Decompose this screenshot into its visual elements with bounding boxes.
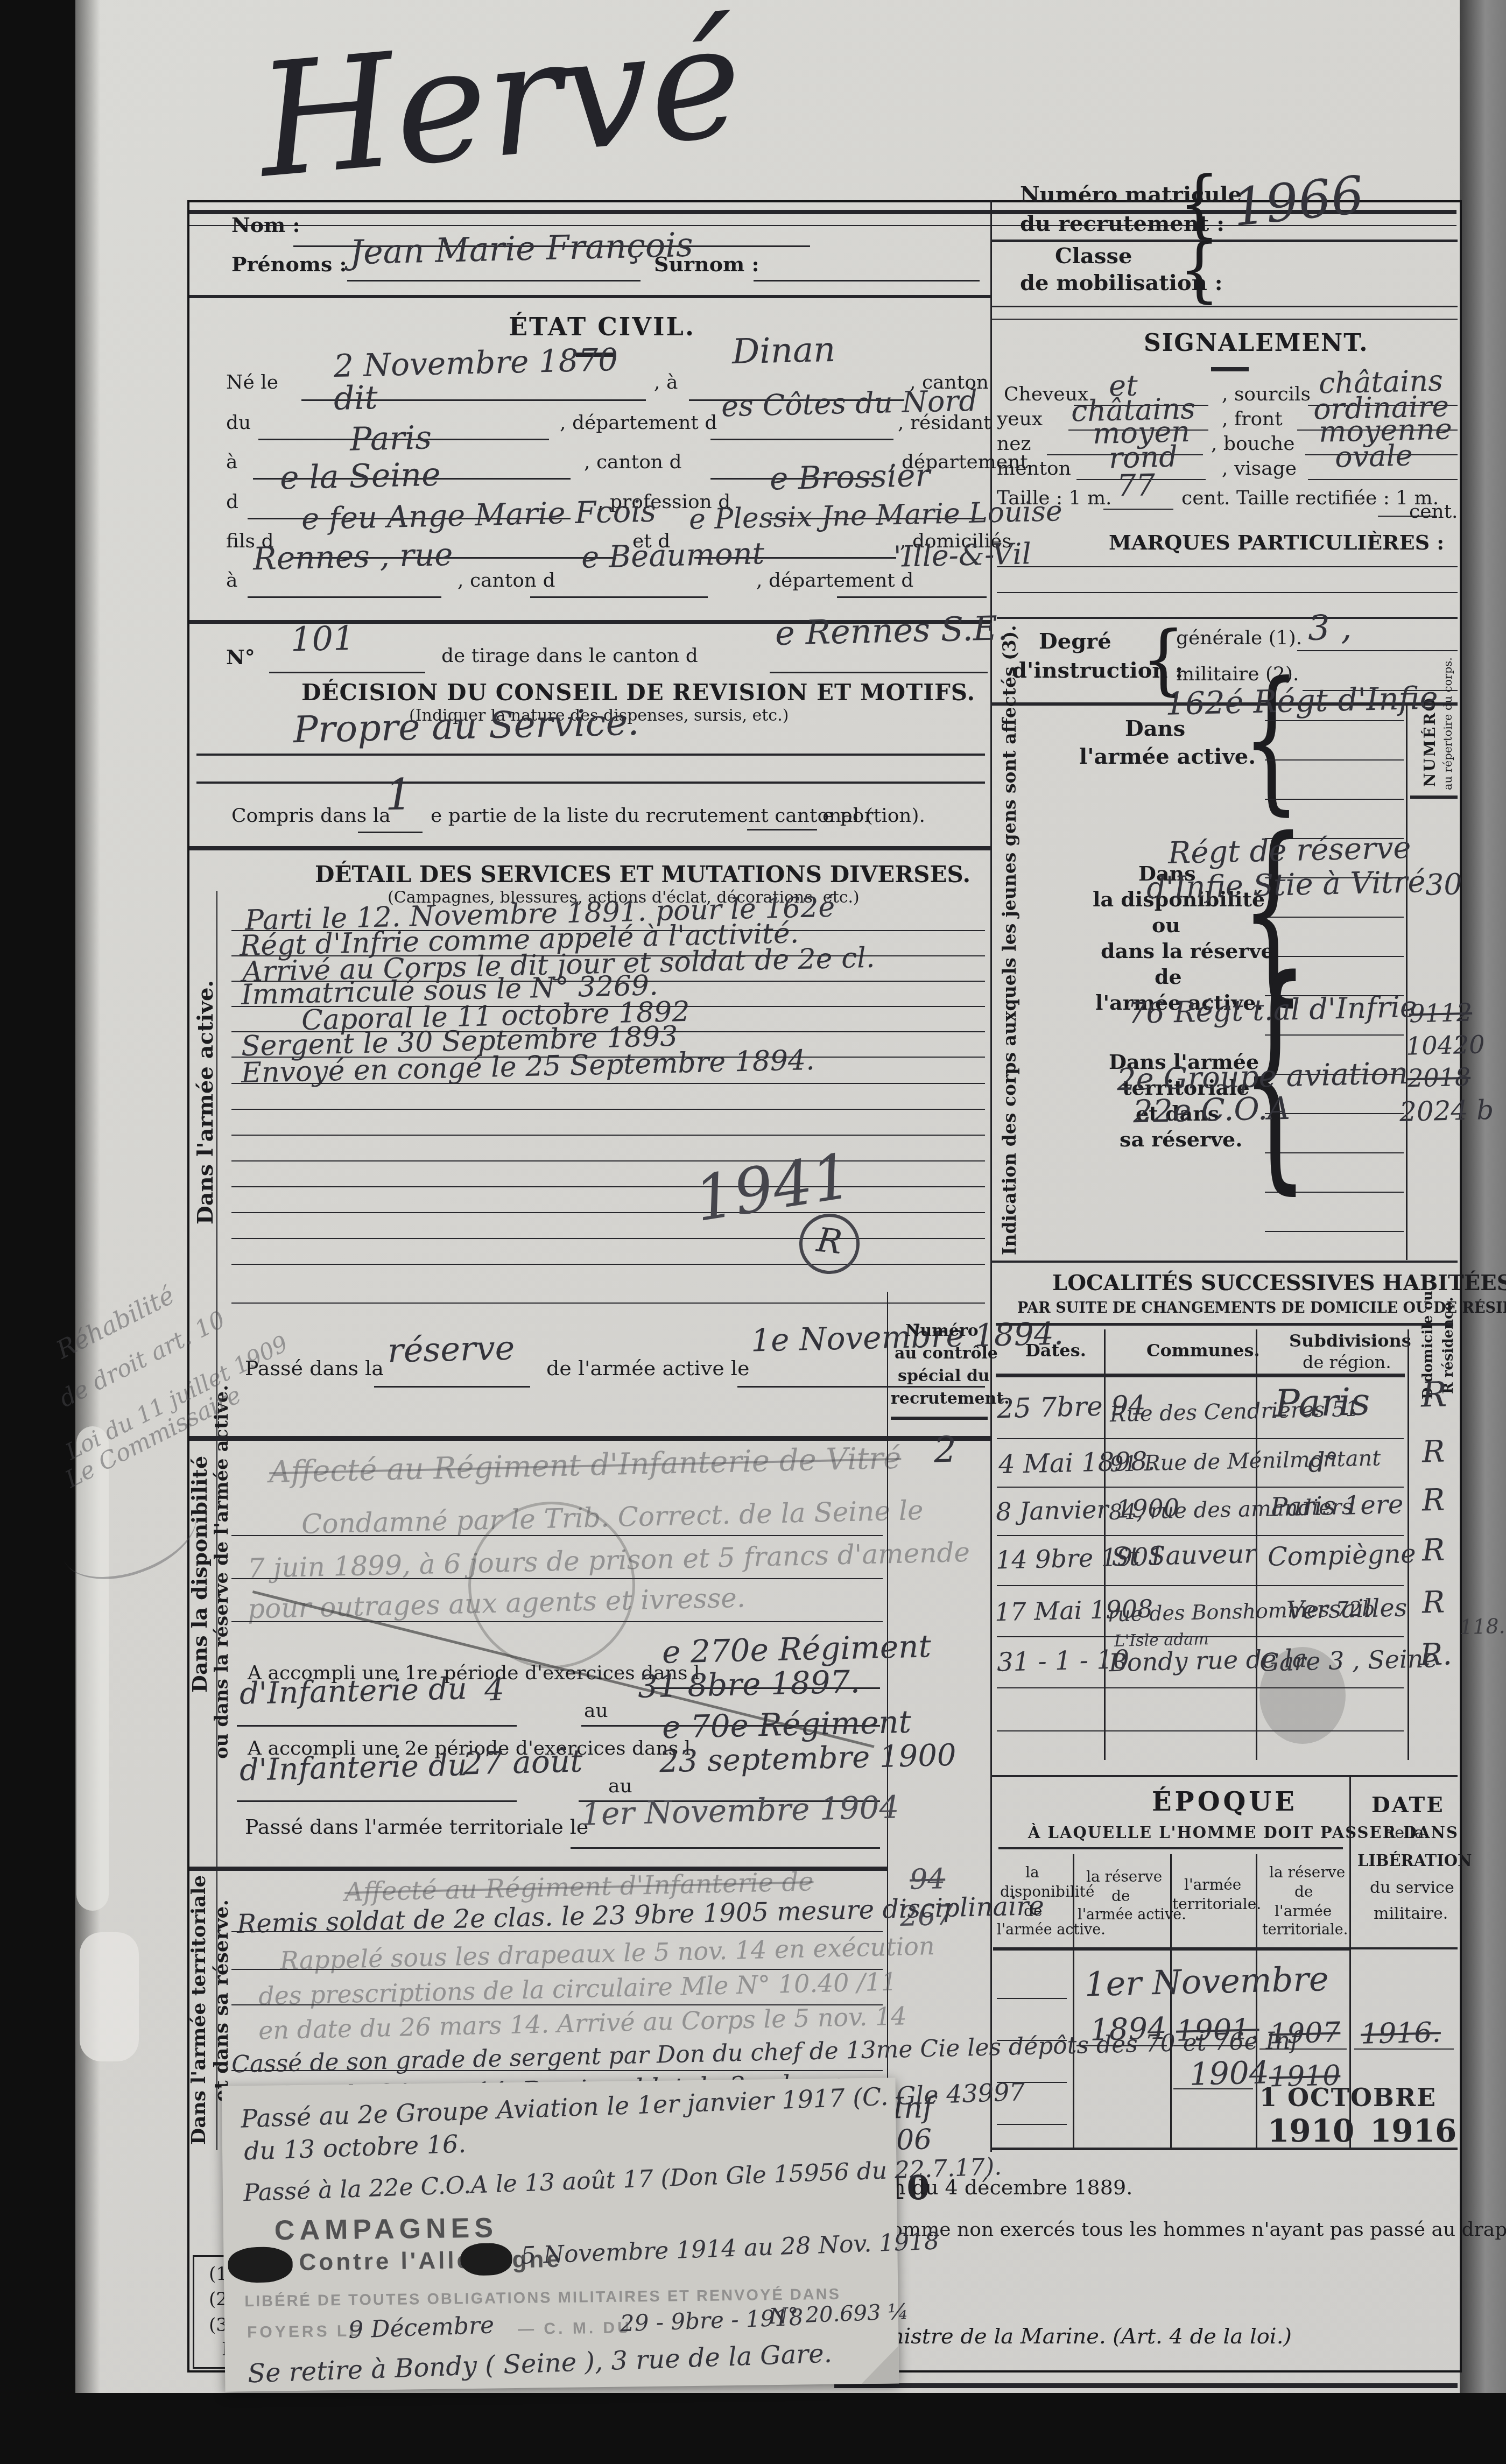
stamp-1910: 1910 bbox=[1268, 2113, 1354, 2149]
periode2-line2-label: d'Infanterie du bbox=[239, 1748, 467, 1788]
ep-rule bbox=[997, 2124, 1067, 2125]
decision-line2 bbox=[196, 782, 985, 784]
prenoms-underline bbox=[347, 280, 641, 281]
military-register-scan: Hervé Nom : Prénoms : Jean Marie Françoi… bbox=[0, 0, 1506, 2464]
epoque-terrres-struck1: 1907 bbox=[1269, 2017, 1341, 2051]
periode2-du: 27 août bbox=[462, 1742, 583, 1782]
loc-row-dr: R bbox=[1421, 1434, 1445, 1470]
controle-label-2: spécial du bbox=[898, 1367, 990, 1385]
periode1-au: 31 8bre 1897. bbox=[637, 1663, 860, 1705]
epoque-col1-1: disponibilité bbox=[1000, 1883, 1095, 1900]
col-dates-label: Dates. bbox=[1025, 1340, 1086, 1361]
libere-date: 9 Décembre bbox=[348, 2311, 495, 2343]
dispo-numero: 30 bbox=[1425, 867, 1462, 902]
corps-rule bbox=[1265, 720, 1404, 721]
ec-line2b bbox=[710, 439, 893, 440]
svc-rule bbox=[231, 1264, 985, 1265]
loc-row-subdivision: Paris bbox=[1274, 1379, 1370, 1426]
yeux-label: yeux bbox=[997, 408, 1043, 430]
classe-brace: { bbox=[1179, 229, 1220, 311]
epoque-col1-2: de bbox=[1024, 1902, 1043, 1920]
date-col-1: de la bbox=[1384, 1824, 1424, 1842]
periode1-line2-label: d'Infanterie du bbox=[239, 1671, 467, 1712]
taille-line bbox=[1103, 509, 1173, 510]
epoque-col2-2: l'armée active. bbox=[1078, 1906, 1186, 1923]
libere-cm-label: — C. M. DU bbox=[518, 2319, 632, 2339]
ep-rule bbox=[997, 2040, 1067, 2041]
col-subdiv-label2: de région. bbox=[1303, 1352, 1391, 1372]
decision-value: Propre au Service. bbox=[293, 701, 639, 752]
ec-line6b bbox=[530, 596, 708, 598]
svc-rule bbox=[231, 1160, 985, 1161]
localites-ornament-rule bbox=[996, 1323, 1453, 1326]
footnote-ministre: Ministre de la Marine. (Art. 4 de la loi… bbox=[861, 2324, 1292, 2349]
passe-terr-value: 1er Novembre 1904 bbox=[581, 1789, 899, 1832]
localites-header-rule bbox=[996, 1374, 1405, 1377]
corps-rotated-label: Indication des corps auxquels les jeunes… bbox=[999, 625, 1020, 1255]
generale-value: 3 , bbox=[1307, 608, 1352, 649]
classe-rule2 bbox=[990, 319, 1458, 320]
classe-rule1 bbox=[990, 306, 1458, 307]
terr-num2: 10420 bbox=[1405, 1030, 1485, 1060]
redaction-blob bbox=[460, 2243, 512, 2276]
ec-line6c bbox=[837, 596, 987, 598]
dispo-value-line2: d'Infie Stie à Vitré bbox=[1146, 864, 1426, 906]
date-col-4: militaire. bbox=[1374, 1904, 1448, 1923]
loc-row-subdivision: Paris 1ere bbox=[1270, 1489, 1403, 1523]
dispo-label-2: ou bbox=[1152, 913, 1180, 937]
compris-mid: e partie de la liste du recrutement cant… bbox=[431, 805, 873, 827]
res-rule bbox=[231, 1303, 985, 1304]
visage-value: ovale bbox=[1334, 438, 1413, 474]
loc-row-dr: R bbox=[1421, 1533, 1445, 1568]
terr-rule bbox=[231, 1931, 883, 1932]
surnom-label: Surnom : bbox=[654, 252, 759, 276]
loc-row-subdivision: d° bbox=[1307, 1446, 1339, 1478]
glued-slip: Passé au 2e Groupe Aviation le 1er janvi… bbox=[222, 2078, 899, 2391]
passe-reserve-value: réserve bbox=[387, 1328, 515, 1370]
bouche-label: , bouche bbox=[1211, 433, 1294, 455]
epoque-col4-2: l'armée bbox=[1275, 1902, 1332, 1920]
svc-rule bbox=[231, 1057, 985, 1058]
epoque-lib-struck: 1916. bbox=[1360, 2016, 1441, 2050]
epoque-col4-3: territoriale. bbox=[1262, 1921, 1348, 1938]
main-column-divider bbox=[990, 200, 992, 2152]
corps-rule bbox=[1265, 1231, 1404, 1232]
ep-rule bbox=[1259, 2048, 1347, 2050]
loc-row-subdivision: Compiègne bbox=[1267, 1539, 1416, 1572]
epoque-span-value: 1er Novembre bbox=[1084, 1959, 1329, 2004]
dispo-label-4: de bbox=[1155, 965, 1182, 989]
faint-round-stamp bbox=[468, 1502, 635, 1669]
ec-line6a bbox=[248, 596, 441, 598]
svc-rule bbox=[231, 981, 985, 982]
svc-rule bbox=[231, 1186, 985, 1187]
marques-line2 bbox=[997, 592, 1458, 593]
ne-le-value: 2 Novembre 1870 bbox=[333, 341, 618, 384]
svc-rule bbox=[231, 955, 985, 956]
canton3-value: e Beaumont bbox=[581, 536, 764, 575]
margin-territoriale-label1: Dans l'armée territoriale bbox=[187, 1875, 210, 2145]
margin-territoriale-label2: et dans sa réserve. bbox=[210, 1899, 233, 2102]
periode2-au: 23 septembre 1900 bbox=[659, 1738, 956, 1779]
compris-prefix: Compris dans la bbox=[231, 805, 391, 827]
departement3-value: e la Seine bbox=[279, 456, 441, 497]
epoque-col1-0: la bbox=[1025, 1863, 1039, 1881]
page-side-number: 118. bbox=[1460, 1614, 1506, 1639]
compris-value: 1 bbox=[384, 769, 413, 820]
matricule-rule bbox=[990, 240, 1458, 242]
epoque-bottom-rule bbox=[990, 2148, 1458, 2150]
marques-label: MARQUES PARTICULIÈRES : bbox=[1109, 530, 1444, 554]
taille-value: 77 bbox=[1116, 468, 1156, 504]
corps-rule bbox=[1265, 759, 1404, 761]
terr-value1: 76 Régt t.al d'Infrie bbox=[1127, 990, 1417, 1030]
epoque-col4-1: de bbox=[1294, 1883, 1313, 1900]
campagne-dates: 5 Novembre 1914 au 28 Nov. 1918 bbox=[520, 2228, 940, 2270]
epoque-header-rule2 bbox=[1351, 1947, 1458, 1949]
redaction-blob bbox=[228, 2247, 293, 2283]
prenoms-value: Jean Marie François bbox=[349, 225, 693, 272]
page-edge-shadow bbox=[1460, 0, 1506, 2393]
signalement-dash bbox=[1211, 367, 1249, 371]
controle-label-0: Numéro bbox=[905, 1321, 979, 1340]
loc-rule bbox=[997, 1585, 1404, 1586]
tirage-no-label: N° bbox=[226, 645, 255, 669]
prenoms-label: Prénoms : bbox=[231, 252, 347, 276]
taille-rectifiee-label: cent. Taille rectifiée : 1 m. bbox=[1181, 487, 1439, 509]
slip-line2: du 13 octobre 16. bbox=[243, 2129, 467, 2165]
a3-label: à bbox=[226, 569, 237, 592]
etat-civil-title: ÉTAT CIVIL. bbox=[509, 312, 695, 341]
front-label: , front bbox=[1222, 408, 1283, 430]
taille-cent-label: cent. bbox=[1409, 501, 1458, 523]
controle-rule bbox=[891, 1417, 988, 1420]
margin-armee-active-label: Dans l'armée active. bbox=[193, 980, 218, 1224]
repertoire-rule bbox=[1410, 795, 1458, 799]
per-rule bbox=[571, 1847, 880, 1849]
res-line1 bbox=[374, 1386, 530, 1388]
periode1-value: e 270e Régiment bbox=[661, 1628, 931, 1670]
canton3-label: , canton d bbox=[458, 569, 555, 592]
date-col-3: du service bbox=[1370, 1878, 1454, 1897]
loc-rule bbox=[997, 1730, 1404, 1731]
bottom-heavy-rule bbox=[834, 2383, 1458, 2388]
compris-line2 bbox=[747, 829, 817, 830]
torn-paper-edge bbox=[76, 1426, 109, 1911]
epoque-terr-struck: 1901. bbox=[1176, 2012, 1259, 2047]
localites-title: LOCALITÉS SUCCESSIVES HABITÉES bbox=[1052, 1270, 1506, 1296]
periode2-au-label: au bbox=[608, 1775, 632, 1797]
campagnes-stamp: CAMPAGNES bbox=[275, 2212, 498, 2247]
tirage-line2 bbox=[770, 672, 988, 673]
signalement-title: SIGNALEMENT. bbox=[1144, 329, 1369, 357]
date-col-0: DATE bbox=[1371, 1792, 1445, 1818]
departement4-label: , département d bbox=[756, 569, 913, 592]
repertoire-label-line2: au répertoire du corps. bbox=[1441, 657, 1454, 790]
header-bottom-rule bbox=[189, 295, 990, 298]
tirage-text: de tirage dans le canton d bbox=[441, 645, 698, 667]
svc-rule bbox=[231, 1031, 985, 1032]
passe-reserve-prefix: Passé dans la bbox=[245, 1356, 384, 1380]
svc-rule bbox=[231, 1083, 985, 1084]
loc-row-commune: St Sauveur bbox=[1111, 1539, 1256, 1572]
services-title: DÉTAIL DES SERVICES ET MUTATIONS DIVERSE… bbox=[315, 861, 970, 888]
svc-rule bbox=[231, 930, 985, 931]
ep-rule bbox=[1076, 2045, 1167, 2046]
folded-corner bbox=[861, 2346, 899, 2384]
tirage-line1 bbox=[269, 672, 425, 673]
loc-rule bbox=[997, 1535, 1404, 1536]
departement1-label: , département d bbox=[560, 412, 717, 434]
loc-row-dr: R bbox=[1421, 1585, 1445, 1621]
periode1-du: 4 bbox=[484, 1671, 504, 1708]
terr-label-3: sa réserve. bbox=[1120, 1127, 1243, 1151]
loc-row-dr: R. bbox=[1419, 1637, 1452, 1672]
armee-active-label2: l'armée active. bbox=[1079, 744, 1256, 769]
periode1-au-label: au bbox=[584, 1700, 608, 1722]
col-subdiv-label1: Subdivisions bbox=[1289, 1330, 1411, 1351]
terr-num3: 2018 bbox=[1407, 1062, 1470, 1093]
loc-row-dr: R bbox=[1421, 1483, 1445, 1518]
passe-terr-label: Passé dans l'armée territoriale le bbox=[245, 1815, 588, 1839]
stamp-1-octobre: 1 OCTOBRE bbox=[1259, 2083, 1437, 2112]
decision-line1 bbox=[196, 754, 985, 756]
terr-num4: 2024 b bbox=[1399, 1094, 1494, 1128]
marques-line1 bbox=[997, 566, 1458, 567]
armee-active-value: 162é Régt d'Infie bbox=[1165, 679, 1438, 722]
retire-line: Se retire à Bondy ( Seine ), 3 rue de la… bbox=[247, 2339, 832, 2389]
tirage-canton-value: e Rennes S.E. bbox=[775, 608, 1008, 653]
torn-paper-edge bbox=[80, 1932, 139, 2061]
svc-rule bbox=[231, 1238, 985, 1239]
col-communes-label: Communes. bbox=[1146, 1340, 1260, 1361]
epoque-col1-3: l'armée active. bbox=[997, 1921, 1106, 1938]
epoque-ornament bbox=[998, 1847, 1343, 1849]
epoque-terr-value: 1904 bbox=[1189, 2054, 1269, 2092]
circled-r-letter: R bbox=[815, 1220, 845, 1262]
epoque-reserve-value: 1894. bbox=[1089, 2011, 1177, 2048]
ink-stain bbox=[1259, 1647, 1346, 1744]
a1-label: , à bbox=[654, 371, 678, 393]
residant-label: , résidant bbox=[898, 412, 991, 434]
terr-affecte-num: 94 bbox=[909, 1863, 946, 1896]
svc-rule bbox=[231, 1135, 985, 1136]
date-col-2: LIBÉRATION bbox=[1357, 1851, 1472, 1870]
compris-line1 bbox=[358, 832, 423, 833]
epoque-col3-0: l'armée bbox=[1184, 1876, 1241, 1893]
visage-line bbox=[1308, 479, 1458, 480]
controle-value: 2 bbox=[933, 1429, 957, 1471]
loc-rule bbox=[997, 1438, 1404, 1439]
compris-suffix: e portion). bbox=[822, 805, 925, 827]
ne-le-label: Né le bbox=[226, 371, 278, 393]
terr-num1: 9112 bbox=[1409, 998, 1472, 1029]
epoque-top-rule bbox=[990, 1775, 1458, 1777]
stamp-1916: 1916 bbox=[1370, 2113, 1456, 2149]
epoque-header-rule bbox=[993, 1947, 1349, 1951]
domicile-value: Rennes , rue bbox=[252, 536, 453, 577]
generale-line bbox=[1297, 650, 1458, 651]
ep-rule bbox=[1354, 2048, 1454, 2050]
d3-label: d bbox=[226, 491, 238, 513]
a2-label: à bbox=[226, 451, 237, 473]
epoque-col2-1: de bbox=[1111, 1887, 1130, 1905]
passe-reserve-mid: de l'armée active le bbox=[546, 1356, 749, 1380]
loc-rule bbox=[997, 1487, 1404, 1488]
degre-label-line1: Degré bbox=[1039, 629, 1111, 654]
ep-rule bbox=[1173, 2045, 1253, 2046]
surnom-underline bbox=[754, 280, 980, 281]
nom-label: Nom : bbox=[231, 213, 300, 237]
epoque-col2-0: la réserve bbox=[1086, 1868, 1162, 1885]
du-label: du bbox=[226, 412, 251, 434]
classe-label-line1: Classe bbox=[1055, 243, 1132, 269]
lieu-value: Dinan bbox=[731, 330, 836, 372]
decision-bottom-rule bbox=[189, 846, 990, 850]
libere-no: N° 20.693 ¼ bbox=[769, 2299, 909, 2329]
res-line2 bbox=[737, 1386, 985, 1388]
epoque-col4-0: la réserve bbox=[1269, 1863, 1345, 1881]
terr-value3: 22e C.O.A bbox=[1132, 1090, 1290, 1130]
departement4-value: 'Ille-&-Vil bbox=[893, 537, 1031, 574]
libere-stamp-line2: FOYERS LE bbox=[247, 2322, 363, 2342]
per-rule bbox=[237, 1725, 517, 1727]
margin-disponibilite-label2: ou dans la réserve de l'armée active. bbox=[211, 1385, 233, 1759]
svc-rule bbox=[231, 1212, 985, 1213]
epoque-col3-1: territoriale. bbox=[1172, 1895, 1261, 1913]
reserve-heavy-rule bbox=[189, 1436, 990, 1441]
svc-rule bbox=[231, 1109, 985, 1110]
margin-disponibilite-label1: Dans la disponibilité bbox=[187, 1456, 212, 1693]
controle-label-1: au contrôle bbox=[895, 1344, 998, 1363]
per-rule bbox=[237, 1800, 517, 1802]
loc-row-subdivision: Versailles bbox=[1286, 1593, 1407, 1624]
tirage-no-value: 101 bbox=[290, 618, 355, 659]
svc-rule bbox=[231, 1006, 985, 1007]
ep-rule bbox=[1173, 2088, 1253, 2089]
loc-row-dr: R bbox=[1420, 1375, 1447, 1415]
localites-top-rule bbox=[990, 1261, 1458, 1263]
sourcils-label: , sourcils bbox=[1222, 383, 1311, 405]
generale-label: générale (1). bbox=[1176, 627, 1302, 649]
du-value: dit bbox=[333, 379, 378, 418]
controle-label-3: recrutement. bbox=[891, 1389, 1010, 1408]
marques-line3 bbox=[997, 617, 1458, 619]
visage-label: , visage bbox=[1222, 457, 1297, 480]
ep-rule bbox=[997, 1998, 1067, 1999]
canton2-label: , canton d bbox=[584, 451, 682, 473]
profession-value: e Brossier bbox=[769, 457, 931, 497]
repertoire-col-divider bbox=[1406, 706, 1408, 1260]
dispo-value-line1: Régt de réserve bbox=[1167, 830, 1411, 871]
residence-value: Paris bbox=[349, 419, 432, 458]
epoque-title: ÉPOQUE bbox=[1152, 1787, 1298, 1817]
footnote-r2: dra comme non exercés tous les hommes n'… bbox=[841, 2219, 1506, 2241]
